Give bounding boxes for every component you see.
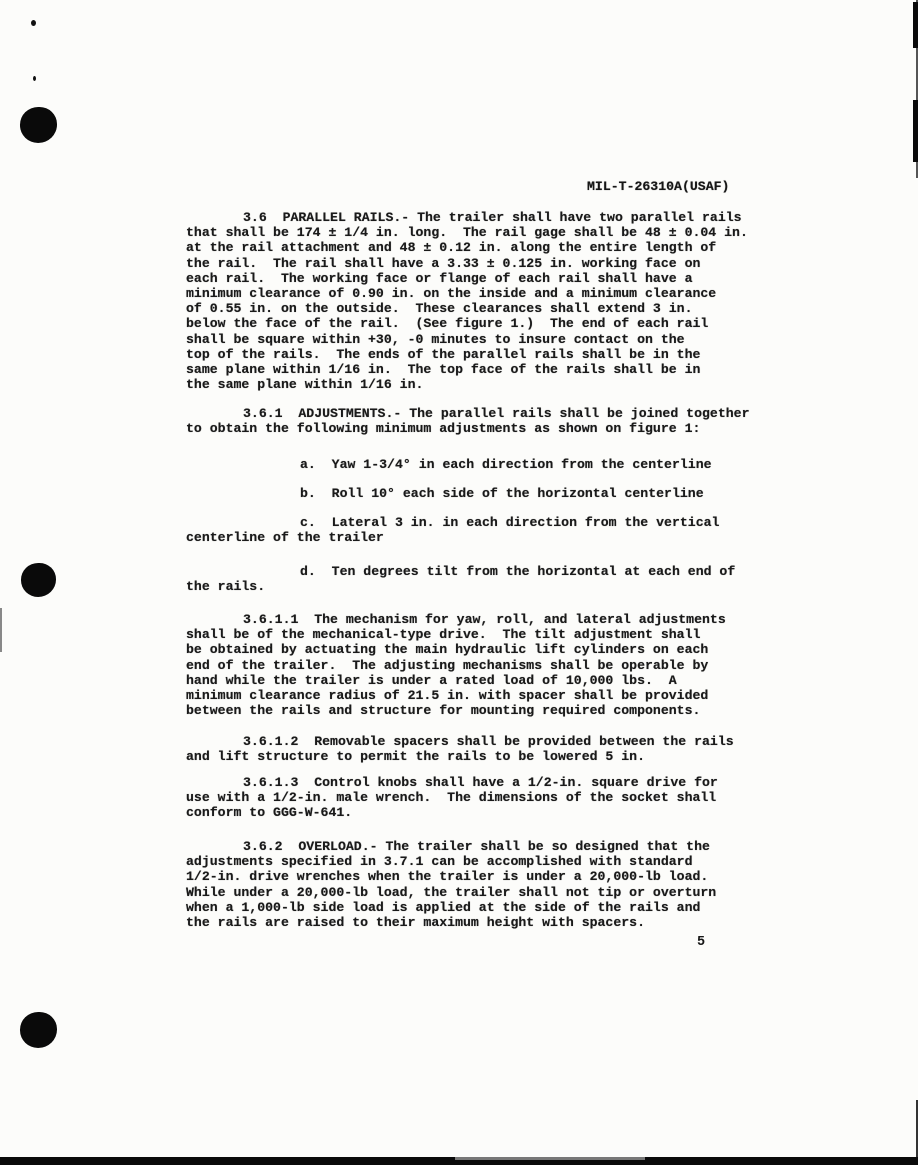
list-item-b: b. Roll 10° each side of the horizontal …: [186, 486, 810, 501]
document-id-header: MIL-T-26310A(USAF): [587, 179, 729, 194]
paragraph-3-6-2: 3.6.2 OVERLOAD.- The trailer shall be so…: [186, 839, 810, 930]
scanned-page: MIL-T-26310A(USAF) 3.6 PARALLEL RAILS.- …: [0, 0, 918, 1165]
page-number: 5: [697, 935, 705, 950]
list-item-a: a. Yaw 1-3/4° in each direction from the…: [186, 457, 810, 472]
scan-edge-blob-upper: [913, 2, 918, 48]
paragraph-3-6-1: 3.6.1 ADJUSTMENTS.- The parallel rails s…: [186, 406, 810, 436]
paragraph-3-6-1-3: 3.6.1.3 Control knobs shall have a 1/2-i…: [186, 775, 810, 821]
punch-hole-middle: [21, 563, 56, 597]
paragraph-3-6-1-1: 3.6.1.1 The mechanism for yaw, roll, and…: [186, 612, 810, 718]
punch-hole-bottom: [20, 1012, 57, 1048]
scan-speck-upper: [33, 76, 36, 81]
list-item-c: c. Lateral 3 in. in each direction from …: [186, 515, 810, 545]
paragraph-3-6-1-2: 3.6.1.2 Removable spacers shall be provi…: [186, 734, 810, 764]
punch-hole-top: [20, 107, 57, 143]
scan-bar-bottom-fade: [455, 1157, 645, 1160]
paragraph-3-6: 3.6 PARALLEL RAILS.- The trailer shall h…: [186, 210, 810, 392]
scan-mark-left: [0, 608, 2, 652]
list-item-d: d. Ten degrees tilt from the horizontal …: [186, 564, 810, 594]
scan-edge-blob-lower: [913, 100, 918, 162]
scan-speck-top: [31, 20, 36, 26]
